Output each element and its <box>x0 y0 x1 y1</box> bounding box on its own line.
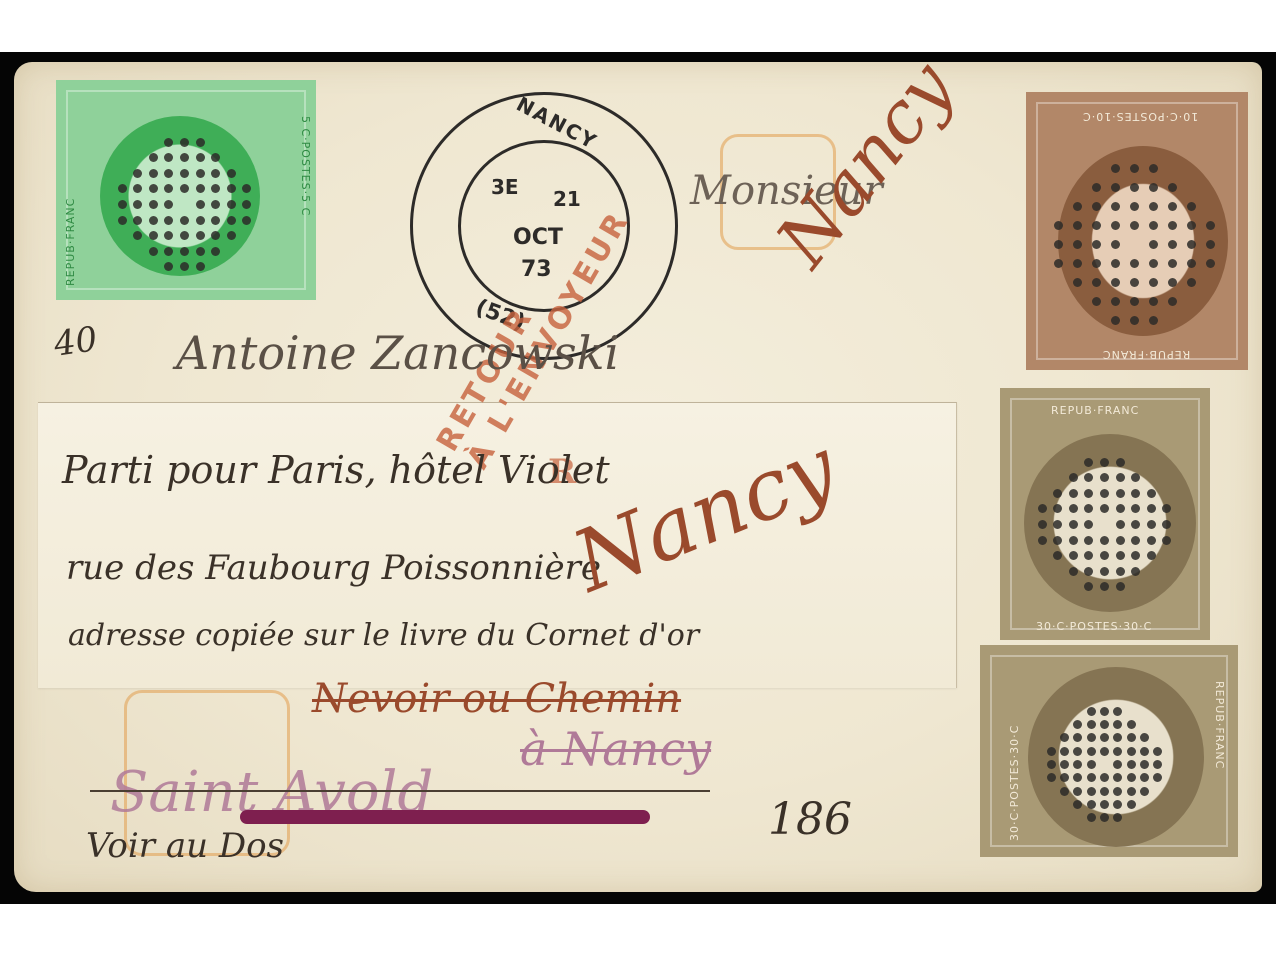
cancel-dot <box>227 216 236 225</box>
cancel-dot <box>196 138 205 147</box>
cancel-dot <box>1149 316 1158 325</box>
cancel-dot <box>196 231 205 240</box>
cancel-dot <box>1116 520 1125 529</box>
margin-note: 40 <box>51 319 99 365</box>
cancel-dot <box>1111 297 1120 306</box>
cancel-dot <box>1100 567 1109 576</box>
cancel-dot <box>1206 221 1215 230</box>
cancel-dot <box>1168 202 1177 211</box>
cancel-dot <box>1187 278 1196 287</box>
cancel-dot <box>196 216 205 225</box>
violet-bar <box>240 810 650 824</box>
cancel-dot <box>1116 582 1125 591</box>
cancel-dot <box>1127 787 1136 796</box>
cancel-dot <box>1073 747 1082 756</box>
cancel-dot <box>1116 458 1125 467</box>
cancel-dot <box>1168 221 1177 230</box>
cancel-dot <box>1047 773 1056 782</box>
cancel-dot <box>227 169 236 178</box>
cancel-dot <box>1113 707 1122 716</box>
cancel-dot <box>1100 720 1109 729</box>
cancel-dot <box>180 216 189 225</box>
cancel-dot <box>1149 240 1158 249</box>
cancel-dot <box>1100 800 1109 809</box>
cancel-dot <box>149 169 158 178</box>
stamp-legend: REPUB·FRANC <box>1051 404 1139 417</box>
stamp-legend: REPUB·FRANC <box>1102 348 1190 361</box>
cancel-dot <box>1087 760 1096 769</box>
cancel-dot <box>227 231 236 240</box>
addressee-name: Antoine Zancowski <box>176 326 619 380</box>
stamp-legend: 10·C·POSTES·10·C <box>1082 110 1198 123</box>
cancel-dot <box>1206 259 1215 268</box>
stamp-30c-lower: 30·C·POSTES·30·C REPUB·FRANC <box>980 645 1238 857</box>
stamp-10c-brown: 10·C·POSTES·10·C REPUB·FRANC <box>1026 92 1248 370</box>
cancel-dot <box>1147 551 1156 560</box>
cancel-dot <box>149 216 158 225</box>
slip-line2: rue des Faubourg Poissonnière <box>66 548 601 588</box>
cancel-dot <box>1149 297 1158 306</box>
stamp-legend: REPUB·FRANC <box>64 198 77 286</box>
cancel-dot <box>1116 473 1125 482</box>
cancel-dot <box>118 200 127 209</box>
cancel-dot <box>1140 747 1149 756</box>
cancel-dot <box>1100 458 1109 467</box>
cancel-dot <box>1127 720 1136 729</box>
cancel-dot <box>1069 551 1078 560</box>
cancel-dot <box>1047 747 1056 756</box>
cancel-dot <box>1131 567 1140 576</box>
cancel-dot <box>1187 221 1196 230</box>
cancel-dot <box>1038 520 1047 529</box>
cancel-dot <box>1087 747 1096 756</box>
cancel-dot <box>1060 787 1069 796</box>
cancel-dot <box>149 200 158 209</box>
cancel-dot <box>1116 567 1125 576</box>
cancel-dot <box>149 231 158 240</box>
cancel-dot <box>1140 760 1149 769</box>
cancel-dot <box>1127 773 1136 782</box>
cancel-dot <box>180 169 189 178</box>
cancel-dot <box>1111 259 1120 268</box>
stamp-30c-upper: REPUB·FRANC 30·C·POSTES·30·C <box>1000 388 1210 640</box>
cancel-dot <box>1069 520 1078 529</box>
underline-rule <box>90 790 710 792</box>
stamp-legend: 30·C·POSTES·30·C <box>1008 725 1021 841</box>
cancel-dot <box>1147 536 1156 545</box>
cancel-dot <box>196 153 205 162</box>
cancel-dot <box>1087 707 1096 716</box>
cancel-dot <box>1206 240 1215 249</box>
cancel-dot <box>149 247 158 256</box>
cancel-dot <box>1187 202 1196 211</box>
cancel-dot <box>1100 707 1109 716</box>
cancel-dot <box>1087 733 1096 742</box>
cancel-dot <box>196 200 205 209</box>
cancel-dot <box>1069 567 1078 576</box>
struck-nancy: à Nancy <box>520 722 711 776</box>
cancel-dot <box>1149 278 1158 287</box>
cancel-dot <box>1162 536 1171 545</box>
cancel-dot <box>1127 733 1136 742</box>
cancel-dot <box>1130 278 1139 287</box>
cancel-dot <box>1069 489 1078 498</box>
cancel-dot <box>196 262 205 271</box>
cancel-dot <box>1147 520 1156 529</box>
cancel-dot <box>1116 504 1125 513</box>
voir-au-dos: Voir au Dos <box>86 826 284 866</box>
cancel-dot <box>1153 747 1162 756</box>
cancel-dot <box>1168 240 1177 249</box>
cancel-dot <box>1111 316 1120 325</box>
cancel-dot <box>211 247 220 256</box>
cancel-dot <box>1092 278 1101 287</box>
struck-destination: Nevoir ou Chemin <box>312 676 681 722</box>
cancel-dot <box>227 200 236 209</box>
cancel-dot <box>1100 747 1109 756</box>
cancel-dot <box>1113 747 1122 756</box>
cancel-dot <box>1116 489 1125 498</box>
cancel-dot <box>1084 536 1093 545</box>
cancel-dot <box>1168 259 1177 268</box>
cancel-dot <box>1113 787 1122 796</box>
cancel-dot <box>1147 489 1156 498</box>
cancel-dot <box>1100 787 1109 796</box>
cancel-dot <box>1168 278 1177 287</box>
cancel-dot <box>1131 489 1140 498</box>
cancel-dot <box>1116 551 1125 560</box>
cancel-dot <box>180 247 189 256</box>
cancel-dot <box>1047 760 1056 769</box>
ceres-medallion <box>1058 146 1228 336</box>
cancel-dot <box>196 247 205 256</box>
cancel-dot <box>1131 536 1140 545</box>
cancel-dot <box>1187 240 1196 249</box>
cancel-dot <box>1087 787 1096 796</box>
cancel-dot <box>1140 787 1149 796</box>
cancel-dot <box>1069 536 1078 545</box>
cancel-dot <box>1073 787 1082 796</box>
cancel-dot <box>242 216 251 225</box>
cancel-dot <box>118 216 127 225</box>
cancel-dot <box>164 216 173 225</box>
cancel-dot <box>180 138 189 147</box>
stamp-legend: 30·C·POSTES·30·C <box>1036 620 1152 633</box>
cancel-dot <box>1149 221 1158 230</box>
cancel-dot <box>1092 297 1101 306</box>
cancel-dot <box>1130 297 1139 306</box>
cancel-dot <box>196 169 205 178</box>
cancel-dot <box>1116 536 1125 545</box>
cancel-dot <box>1127 800 1136 809</box>
stamp-legend: REPUB·FRANC <box>1213 681 1226 769</box>
cancel-dot <box>1149 259 1158 268</box>
docket-number: 186 <box>768 794 852 845</box>
cancel-dot <box>1087 720 1096 729</box>
slip-line3: adresse copiée sur le livre du Cornet d'… <box>68 618 699 653</box>
cancel-dot <box>1087 800 1096 809</box>
cancel-dot <box>1087 773 1096 782</box>
cancel-dot <box>1060 760 1069 769</box>
cancel-dot <box>1127 760 1136 769</box>
cancel-dot <box>1168 297 1177 306</box>
cancel-dot <box>211 216 220 225</box>
cancel-dot <box>1038 536 1047 545</box>
cancel-dot <box>1187 259 1196 268</box>
cancel-dot <box>1087 813 1096 822</box>
cancel-dot <box>133 216 142 225</box>
cancel-dot <box>1127 747 1136 756</box>
cancel-dot <box>211 169 220 178</box>
cancel-dot <box>1100 536 1109 545</box>
cancel-dot <box>196 184 205 193</box>
postmark-time: 3E <box>491 175 519 199</box>
cancel-dot <box>1060 747 1069 756</box>
slip-line1: Parti pour Paris, hôtel Violet <box>62 448 610 492</box>
cancel-dot <box>1111 278 1120 287</box>
cancel-dot <box>1130 259 1139 268</box>
cancel-dot <box>1053 536 1062 545</box>
stamp-legend: 5 C·POSTES·5 C <box>299 116 312 216</box>
cancel-dot <box>1130 316 1139 325</box>
cancel-dot <box>1100 489 1109 498</box>
